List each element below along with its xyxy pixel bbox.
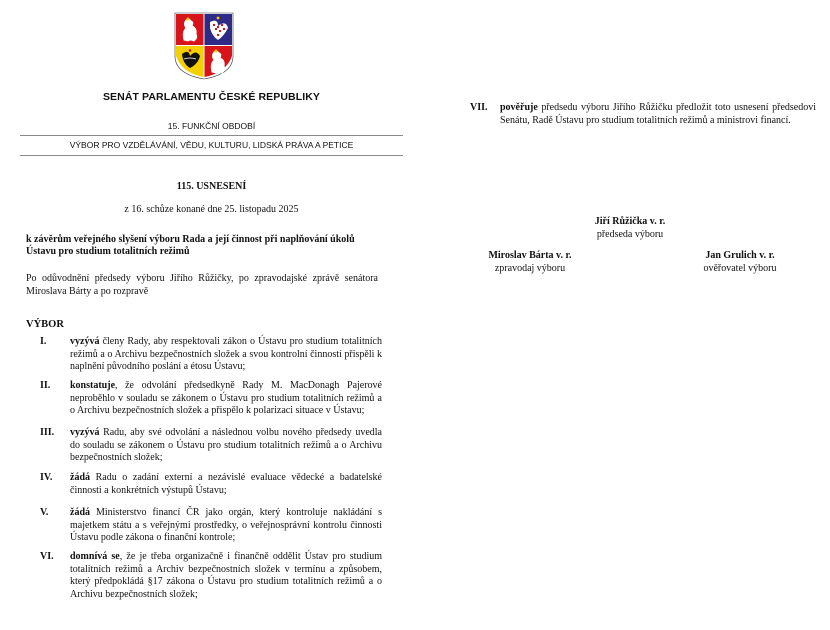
item-verb: žádá xyxy=(70,472,90,483)
item-verb: žádá xyxy=(70,507,90,518)
czech-coat-of-arms-icon xyxy=(174,12,234,80)
item-verb: vyzývá xyxy=(70,336,99,347)
item-text: , že odvolání předsedkyně Rady M. MacDon… xyxy=(70,380,382,416)
signature-rapporteur: Miroslav Bárta v. r. zpravodaj výboru xyxy=(470,250,590,275)
item-verb: vyzývá xyxy=(70,427,99,438)
signatory-role: ověřovatel výboru xyxy=(680,263,800,276)
resolution-subject: k závěrům veřejného slyšení výboru Rada … xyxy=(26,234,386,257)
document-page-2: VII. pověřuje předsedu výboru Jiřího Růž… xyxy=(415,0,830,630)
item-number: III. xyxy=(40,427,54,440)
item-number: VI. xyxy=(40,551,54,564)
signatory-name: Jiří Růžička v. r. xyxy=(570,216,690,229)
signature-chair: Jiří Růžička v. r. předseda výboru xyxy=(570,216,690,241)
divider xyxy=(20,135,403,136)
committee-name: VÝBOR PRO VZDĚLÁVÁNÍ, VĚDU, KULTURU, LID… xyxy=(20,140,403,150)
item-text: Radu o zadání externí a nezávislé evalua… xyxy=(70,472,382,496)
item-number: I. xyxy=(40,336,46,349)
document-page-1: SENÁT PARLAMENTU ČESKÉ REPUBLIKY 15. FUN… xyxy=(0,0,412,630)
body-heading: VÝBOR xyxy=(26,319,64,330)
signatory-role: předseda výboru xyxy=(570,229,690,242)
item-verb: konstatuje xyxy=(70,380,115,391)
item-text: předsedu výboru Jiřího Růžičku předložit… xyxy=(500,102,816,126)
preamble: Po odůvodnění předsedy výboru Jiřího Růž… xyxy=(26,272,378,298)
item-number: VII. xyxy=(470,102,488,115)
item-text: Radu, aby své odvolání a následnou volbu… xyxy=(70,427,382,463)
signatory-name: Jan Grulich v. r. xyxy=(680,250,800,263)
term-label: 15. FUNKČNÍ OBDOBÍ xyxy=(20,121,403,131)
divider xyxy=(20,155,403,156)
signatory-name: Miroslav Bárta v. r. xyxy=(470,250,590,263)
signature-verifier: Jan Grulich v. r. ověřovatel výboru xyxy=(680,250,800,275)
item-number: II. xyxy=(40,380,50,393)
item-number: V. xyxy=(40,507,48,520)
item-number: IV. xyxy=(40,472,52,485)
resolution-date: z 16. schůze konané dne 25. listopadu 20… xyxy=(20,204,403,215)
institution-name: SENÁT PARLAMENTU ČESKÉ REPUBLIKY xyxy=(20,91,403,103)
item-verb: pověřuje xyxy=(500,102,538,113)
item-verb: domnívá se xyxy=(70,551,120,562)
signatory-role: zpravodaj výboru xyxy=(470,263,590,276)
resolution-title: 115. USNESENÍ xyxy=(20,181,403,192)
item-text: členy Rady, aby respektovali zákon o Úst… xyxy=(70,336,382,372)
item-text: Ministerstvo financí ČR jako orgán, kter… xyxy=(70,507,382,543)
